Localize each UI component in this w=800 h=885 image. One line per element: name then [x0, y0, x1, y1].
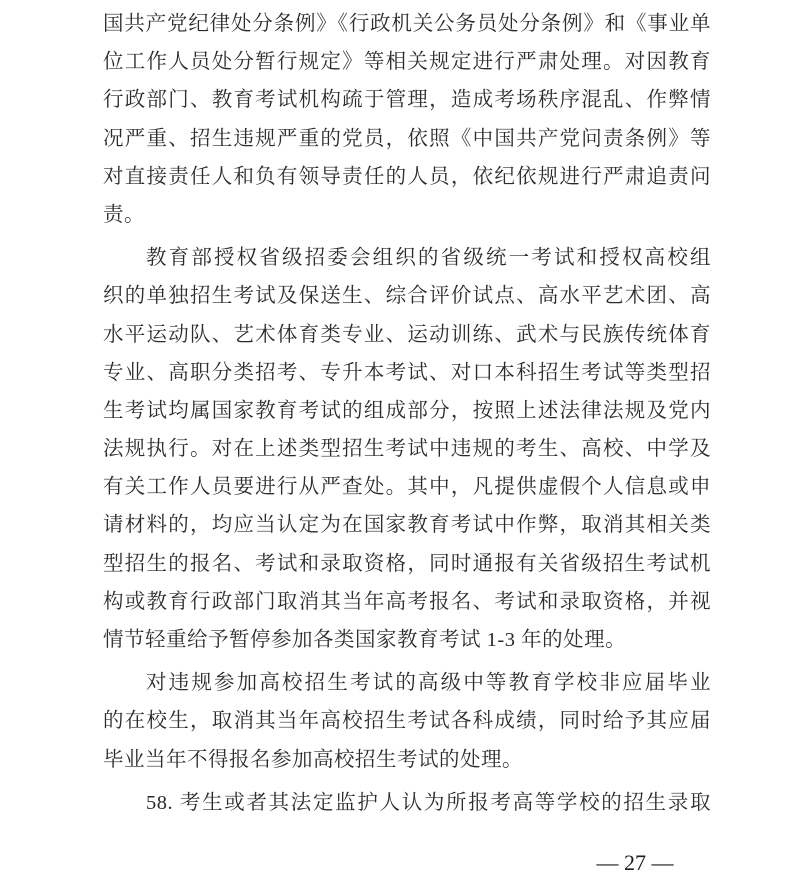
text-line: 教育部授权省级招委会组织的省级统一考试和授权高校组 [103, 239, 711, 277]
text-line: 请材料的，均应当认定为在国家教育考试中作弊，取消其相关类 [103, 506, 711, 544]
page-number: — 27 — [590, 848, 680, 878]
text-line: 58. 考生或者其法定监护人认为所报考高等学校的招生录取 [103, 784, 711, 822]
text-line: 情节轻重给予暂停参加各类国家教育考试 1-3 年的处理。 [103, 621, 711, 659]
text-line: 对直接责任人和负有领导责任的人员，依纪依规进行严肃追责问 [103, 158, 711, 196]
text-line: 构或教育行政部门取消其当年高考报名、考试和录取资格，并视 [103, 583, 711, 621]
text-line: 毕业当年不得报名参加高校招生考试的处理。 [103, 741, 711, 779]
text-line: 法规执行。对在上述类型招生考试中违规的考生、高校、中学及 [103, 430, 711, 468]
text-line: 有关工作人员要进行从严查处。其中，凡提供虚假个人信息或申 [103, 468, 711, 506]
text-line: 国共产党纪律处分条例》《行政机关公务员处分条例》和《事业单 [103, 5, 711, 43]
text-line: 织的单独招生考试及保送生、综合评价试点、高水平艺术团、高 [103, 277, 711, 315]
text-line: 水平运动队、艺术体育类专业、运动训练、武术与民族传统体育 [103, 316, 711, 354]
text-line: 专业、高职分类招考、专升本考试、对口本科招生考试等类型招 [103, 354, 711, 392]
document-page: 国共产党纪律处分条例》《行政机关公务员处分条例》和《事业单位工作人员处分暂行规定… [0, 0, 800, 885]
text-block: 国共产党纪律处分条例》《行政机关公务员处分条例》和《事业单位工作人员处分暂行规定… [103, 5, 711, 822]
text-line: 况严重、招生违规严重的党员，依照《中国共产党问责条例》等 [103, 120, 711, 158]
text-line: 型招生的报名、考试和录取资格，同时通报有关省级招生考试机 [103, 545, 711, 583]
text-line: 位工作人员处分暂行规定》等相关规定进行严肃处理。对因教育 [103, 43, 711, 81]
text-line: 的在校生，取消其当年高校招生考试各科成绩，同时给予其应届 [103, 702, 711, 740]
text-line: 对违规参加高校招生考试的高级中等教育学校非应届毕业 [103, 664, 711, 702]
text-line: 生考试均属国家教育考试的组成部分，按照上述法律法规及党内 [103, 392, 711, 430]
text-line: 行政部门、教育考试机构疏于管理，造成考场秩序混乱、作弊情 [103, 81, 711, 119]
text-line: 责。 [103, 196, 711, 234]
